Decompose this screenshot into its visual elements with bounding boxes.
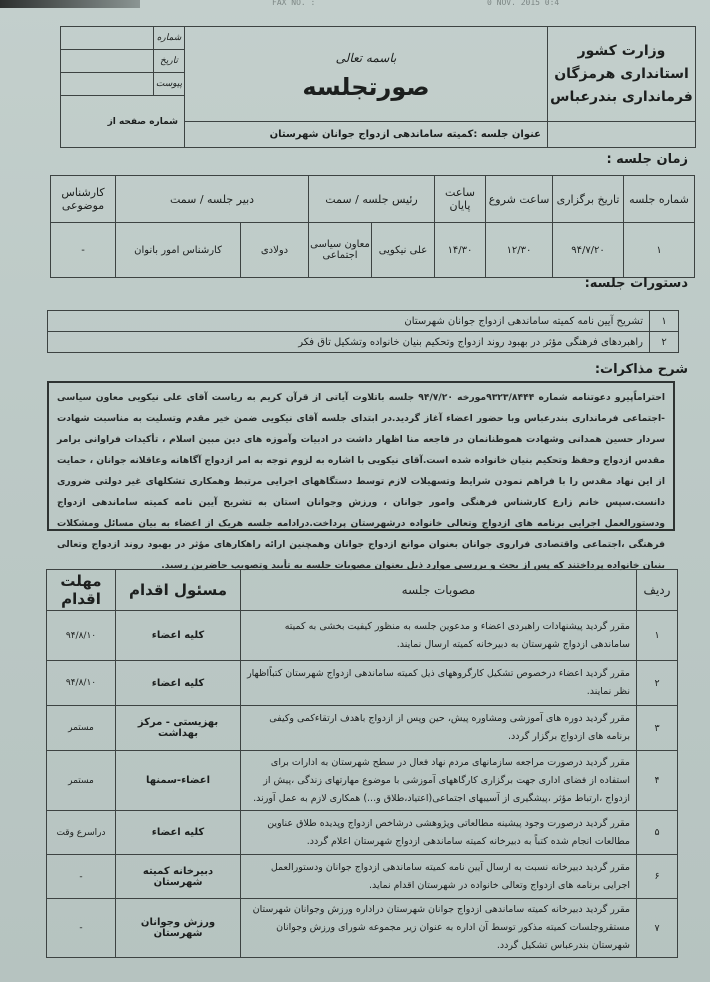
resolution-responsible: کلیه اعضاء (116, 661, 241, 706)
resolution-number: ۳ (637, 706, 678, 751)
resolution-row: ۴ مقرر گردید درصورت مراجعه سازمانهای مرد… (47, 751, 678, 811)
agenda-item-text: تشریح آیین نامه کمیته ساماندهی ازدواج جو… (48, 311, 650, 332)
scanned-page: FAX NO. : 0 NOV. 2015 0:4 وزارت کشور است… (0, 0, 710, 982)
doc-title: صورتجلسه (186, 73, 546, 101)
session-table: شماره جلسه تاریخ برگزاری ساعت شروع ساعت … (50, 175, 695, 278)
col-start-time: ساعت شروع (486, 176, 553, 223)
title-cell: باسمه تعالی صورتجلسه (185, 27, 548, 122)
document-header: وزارت کشور استانداری هرمزگان فرمانداری ب… (60, 26, 696, 148)
resolution-row: ۲ مقرر گردید اعضاء درخصوص تشکیل کارگروهه… (47, 661, 678, 706)
agenda-item: ۲ راهبردهای فرهنگی مؤثر در بهبود روند از… (48, 332, 679, 353)
resolution-number: ۶ (637, 855, 678, 899)
col-deadline: مهلت اقدام (47, 570, 116, 611)
resolution-responsible: کلیه اعضاء (116, 811, 241, 855)
resolution-text: مقرر گردید دبیرخانه نسبت به ارسال آیین ن… (241, 855, 637, 899)
discussion-text: احتراماًپیرو دعوتنامه شماره ۹۳۲۳/۸۴۴۴مور… (47, 381, 675, 531)
resolution-responsible: کلیه اعضاء (116, 611, 241, 661)
resolution-deadline: ۹۴/۸/۱۰ (47, 661, 116, 706)
col-session-number: شماره جلسه (624, 176, 695, 223)
secretary-name: دولادی (241, 223, 309, 278)
attachment-label: پیوست (154, 73, 185, 96)
session-number: ۱ (624, 223, 695, 278)
chair-name: علی نیکویی (372, 223, 435, 278)
discussion-section-title: شرح مذاکرات: (595, 362, 688, 377)
resolution-responsible: اعضاء-سمنها (116, 751, 241, 811)
resolution-deadline: ۹۴/۸/۱۰ (47, 611, 116, 661)
number-label: شماره (154, 27, 185, 50)
session-date: ۹۴/۷/۲۰ (553, 223, 624, 278)
resolution-responsible: دبیرخانه کمیته شهرستان (116, 855, 241, 899)
resolution-row: ۵ مقرر گردید درصورت وجود پیشینه مطالعاتی… (47, 811, 678, 855)
resolution-number: ۴ (637, 751, 678, 811)
org-spacer (548, 122, 696, 148)
invocation: باسمه تعالی (186, 51, 546, 65)
secretary-title: کارشناس امور بانوان (116, 223, 241, 278)
col-resolution: مصوبات جلسه (241, 570, 637, 611)
resolution-responsible: بهزیستی - مرکز بهداشت (116, 706, 241, 751)
chair-title: معاون سیاسی اجتماعی (309, 223, 372, 278)
resolution-deadline: - (47, 899, 116, 958)
meeting-subject: عنوان جلسه :کمیته ساماندهی ازدواج جوانان… (185, 122, 548, 148)
resolution-row: ۳ مقرر گردید دوره های آموزشی ومشاوره پیش… (47, 706, 678, 751)
session-section-title: زمان جلسه : (606, 152, 688, 167)
resolution-text: مقرر گردید درصورت وجود پیشینه مطالعاتی و… (241, 811, 637, 855)
date-value (61, 50, 154, 73)
agenda-item-number: ۱ (650, 311, 679, 332)
fax-number: FAX NO. : (272, 0, 315, 7)
resolution-row: ۷ مقرر گردید دبیرخانه کمیته ساماندهی ازد… (47, 899, 678, 958)
col-secretary: دبیر جلسه / سمت (116, 176, 309, 223)
resolution-number: ۱ (637, 611, 678, 661)
col-row: ردیف (637, 570, 678, 611)
col-end-time: ساعت پایان (435, 176, 486, 223)
resolutions-table: ردیف مصوبات جلسه مسئول اقدام مهلت اقدام … (46, 569, 678, 958)
fax-date: 0 NOV. 2015 0:4 (487, 0, 559, 7)
col-date: تاریخ برگزاری (553, 176, 624, 223)
org-governorate: فرمانداری بندرعباس (549, 86, 694, 109)
session-expert: - (51, 223, 116, 278)
col-responsible: مسئول اقدام (116, 570, 241, 611)
org-ministry: وزارت کشور (549, 40, 694, 63)
resolution-row: ۶ مقرر گردید دبیرخانه نسبت به ارسال آیین… (47, 855, 678, 899)
agenda-section-title: دستورات جلسه: (585, 276, 688, 291)
resolution-text: مقرر گردید درصورت مراجعه سازمانهای مردم … (241, 751, 637, 811)
resolution-number: ۲ (637, 661, 678, 706)
resolution-deadline: مستمر (47, 706, 116, 751)
session-start: ۱۲/۳۰ (486, 223, 553, 278)
resolution-text: مقرر گردید اعضاء درخصوص تشکیل کارگروههای… (241, 661, 637, 706)
fax-header: FAX NO. : 0 NOV. 2015 0:4 (0, 0, 710, 8)
resolution-text: مقرر گردید دبیرخانه کمیته ساماندهی ازدوا… (241, 899, 637, 958)
date-label: تاریخ (154, 50, 185, 73)
resolution-deadline: - (47, 855, 116, 899)
resolution-text: مقرر گردید دوره های آموزشی ومشاوره پیش، … (241, 706, 637, 751)
resolution-row: ۱ مقرر گردید پیشنهادات راهبردی اعضاء و م… (47, 611, 678, 661)
page-number: شماره صفحه از (61, 96, 185, 148)
agenda-item: ۱ تشریح آیین نامه کمیته ساماندهی ازدواج … (48, 311, 679, 332)
organization-block: وزارت کشور استانداری هرمزگان فرمانداری ب… (548, 27, 696, 122)
org-province: استانداری هرمزگان (549, 63, 694, 86)
col-expert: کارشناس موضوعی (51, 176, 116, 223)
number-value (61, 27, 154, 50)
attachment-value (61, 73, 154, 96)
agenda-item-number: ۲ (650, 332, 679, 353)
agenda-item-text: راهبردهای فرهنگی مؤثر در بهبود روند ازدو… (48, 332, 650, 353)
col-chair: رئیس جلسه / سمت (309, 176, 435, 223)
agenda-table: ۱ تشریح آیین نامه کمیته ساماندهی ازدواج … (47, 310, 679, 353)
session-end: ۱۴/۳۰ (435, 223, 486, 278)
resolution-number: ۵ (637, 811, 678, 855)
resolution-number: ۷ (637, 899, 678, 958)
resolution-text: مقرر گردید پیشنهادات راهبردی اعضاء و مدع… (241, 611, 637, 661)
resolution-responsible: ورزش وجوانان شهرستان (116, 899, 241, 958)
resolution-deadline: مستمر (47, 751, 116, 811)
resolution-deadline: دراسرع وقت (47, 811, 116, 855)
